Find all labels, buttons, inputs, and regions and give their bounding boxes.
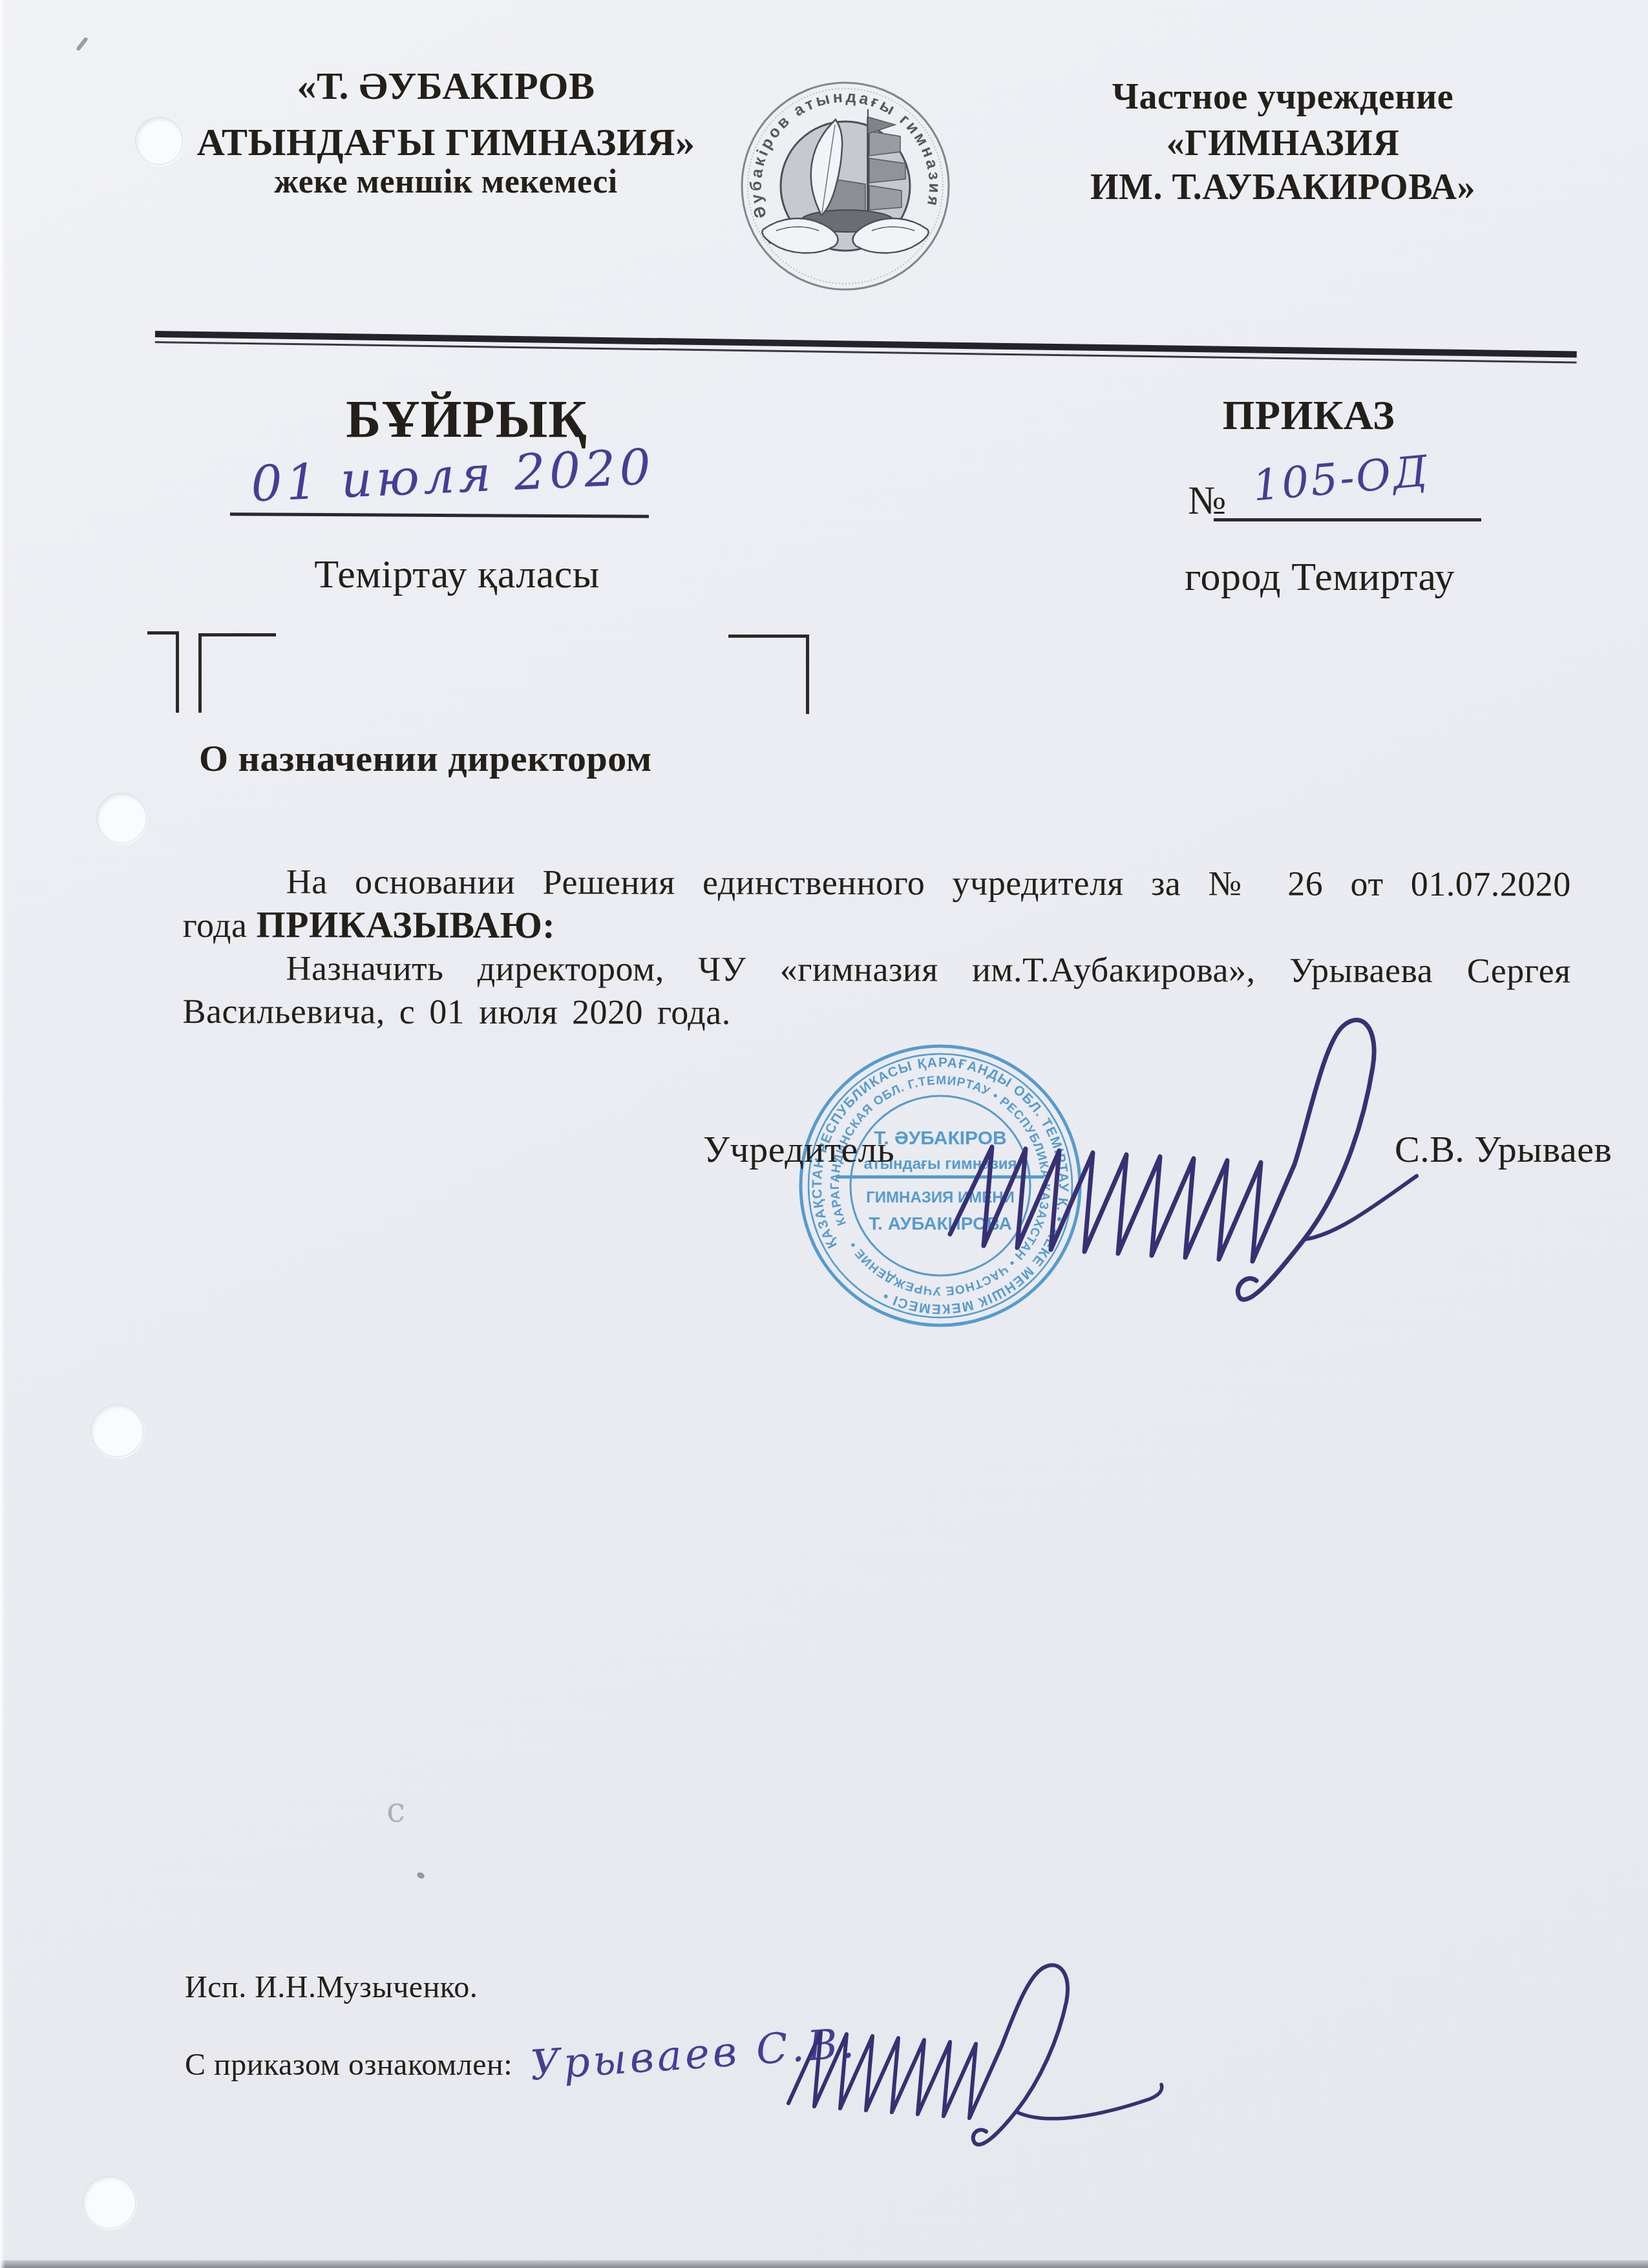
corner-mark-right [728,635,809,638]
body-line-4: Васильевича, с 01 июля 2020 года. [182,992,730,1032]
acknowledgement-signature [776,1951,1189,2158]
scan-bottom-edge [0,2260,1648,2268]
corner-mark-right-stem [806,635,809,714]
order-title-kk: БҰЙРЫҚ [260,393,673,446]
date-underline [230,512,649,518]
acknowledgement-label: С приказом ознакомлен: [185,2050,512,2081]
place-ru: город Темиртау [1139,557,1501,597]
place-kk: Теміртау қаласы [276,554,638,594]
body-line-2-normal: года [183,906,257,945]
body-line-2: года ПРИКАЗЫВАЮ: [183,905,556,945]
speck-dot [416,1871,426,1880]
scan-left-edge [0,0,5,2268]
hole-punch-lower [90,1404,143,1457]
handwritten-order-number: 105-ОД [1251,450,1431,508]
hole-punch-bottom [83,2176,136,2229]
handwritten-date: 01 июля 2020 [250,442,656,509]
school-logo: Т. Әубакіров атындағы гимназия [739,79,952,293]
org-type-russian: Частное учреждение [1034,79,1532,115]
corner-mark-left-b-stem [198,633,202,713]
org-name-kazakh-line2: АТЫНДАҒЫ ГИМНАЗИЯ» [187,123,704,162]
org-type-kazakh: жеке меншік мекемесі [187,165,704,199]
org-name-kazakh: «Т. ӘУБАКІРОВ [187,67,704,105]
order-title-ru: ПРИКАЗ [1102,395,1516,436]
corner-speck [76,37,89,52]
pencil-mark: с [386,1791,405,1830]
body-line-2-bold: ПРИКАЗЫВАЮ: [256,903,555,946]
org-name-kk-line1: «Т. ӘУБАКІРОВ [297,65,595,107]
hole-punch-top [135,117,183,165]
header-divider [155,331,1577,363]
order-subject: О назначении директором [199,740,652,777]
number-underline [1214,518,1481,521]
org-name-russian-line1: «ГИМНАЗИЯ [1034,125,1532,162]
hole-punch-upper [96,793,147,843]
corner-mark-left-a-stem [176,631,179,713]
order-body: На основании Решения единственного учред… [2,0,1648,3]
body-line-1: На основании Решения единственного учред… [183,862,1571,903]
corner-mark-left-b [198,633,276,636]
founder-signature [931,982,1435,1344]
org-name-russian-line2: ИМ. Т.АУБАКИРОВА» [1034,169,1532,205]
corner-mark-left-a [147,631,179,635]
order-number-label: № [1188,481,1227,521]
signer-role: Учредитель [703,1131,894,1168]
scanned-order-document: { "header": { "left": { "line1": "«Т. ӘУ… [0,0,1648,2268]
executor-note: Исп. И.Н.Музыченко. [185,1972,478,2003]
